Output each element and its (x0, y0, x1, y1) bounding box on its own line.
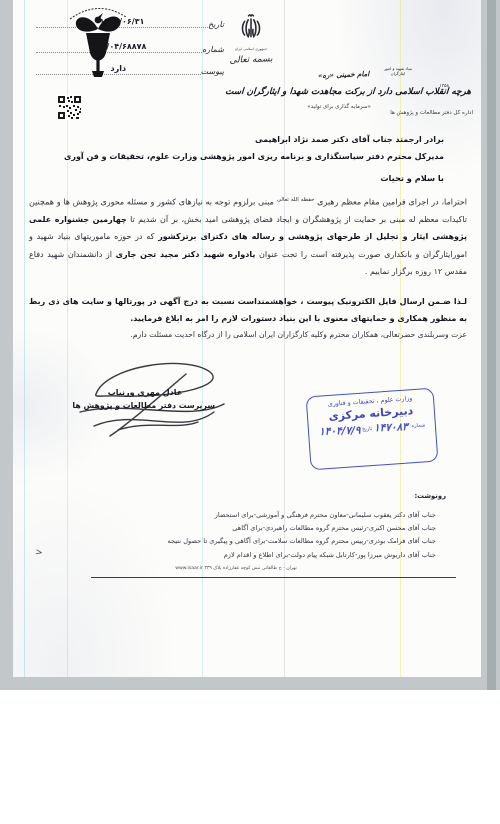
footer-divider (91, 577, 456, 578)
signer-name: عادل مهری ورنیاب (75, 388, 215, 397)
cc-list: جناب آقای دکتر یعقوب سلیمانی-معاون محترم… (168, 509, 436, 562)
salutation: با سلام و تحیات (380, 173, 444, 183)
imam-quote: هرچه انقلاب اسلامی دارد از برکت مجاهدت ش… (241, 87, 472, 97)
scan-artifact-line (24, 0, 25, 677)
cc-item: جناب آقای داریوش میرزا پور-کارتابل شبکه … (168, 549, 436, 562)
letter-page: تاریخ ۱۴۰۴/۰۶/۳۱ شماره ۴۳۰/۰۴/۶۸۸۷۸ پیوس… (13, 0, 481, 677)
iran-emblem-icon (239, 12, 263, 42)
stamp-number-value: ۱۴۷۰۸۳ (374, 421, 408, 434)
emblem-caption: جمهوری اسلامی ایران (221, 47, 281, 51)
bonyad-name-text: بنیاد شهید و امور ایثارگران (377, 66, 419, 76)
year-slogan: «سرمایه گذاری برای تولید» (307, 104, 371, 110)
body-paragraph-2: لـذا ضـمن ارسال فایل الکترونیک پیوست ، خ… (29, 293, 467, 327)
footer-address: تهران - خ طالقانی نبش کوچه غفارزاده پلاک… (111, 566, 361, 571)
margin-annotation-mark: < (35, 547, 44, 558)
quote-attribution: امام خمینی «ره» (318, 69, 370, 80)
cc-item: جناب آقای محسن اکبری-رئیس محترم گروه مطا… (168, 522, 436, 535)
closing-line: عزت وسربلندی حضرتعالی، همکاران محترم وکل… (29, 330, 467, 339)
cc-item: جناب آقای دکتر یعقوب سلیمانی-معاون محترم… (168, 509, 436, 522)
website-link: www.isaar.ir (175, 566, 203, 571)
stamp-number-label: شماره: (410, 422, 426, 429)
recipient-block: برادر ارجمند جناب آقای دکتر صمد نژاد ابر… (64, 131, 444, 165)
bonyad-shahid-logo-icon (62, 3, 134, 81)
issuing-office: اداره کل دفتر مطالعات و پژوهش ها (390, 110, 473, 116)
bonyad-logo-block (48, 3, 148, 81)
recipient-title: مدیرکل محترم دفتر سیاستگذاری و برنامه ری… (64, 148, 444, 165)
national-emblem-block: جمهوری اسلامی ایران بسمه تعالی (221, 12, 281, 65)
qr-code-icon (57, 95, 82, 120)
stamp-date-label: تاریخ (362, 426, 372, 433)
signature-block: عادل مهری ورنیاب سرپرست دفتر مطالعات و پ… (75, 388, 215, 410)
stamp-date-value: ۱۴۰۴/۷/۹ (319, 425, 361, 438)
scanned-letter: تاریخ ۱۴۰۴/۰۶/۳۱ شماره ۴۳۰/۰۴/۶۸۸۷۸ پیوس… (0, 0, 500, 690)
recipient-name: برادر ارجمند جناب آقای دکتر صمد نژاد ابر… (64, 131, 444, 148)
secretariat-stamp: وزارت علوم ، تحقیقات و فناوری دبیرخانه م… (306, 388, 439, 471)
attachment-label: پیوست (201, 67, 226, 76)
body-paragraph-1: احتراما، در اجرای فرامین مقام معظم رهبری… (29, 192, 467, 280)
besmellah-text: بسمه تعالی (221, 54, 281, 66)
cc-item: جناب آقای فرامک بوذری-رییس محترم گروه مط… (168, 535, 436, 548)
scanner-edge (487, 0, 496, 690)
address-text: تهران - خ طالقانی نبش کوچه غفارزاده پلاک… (204, 566, 296, 571)
signer-title: سرپرست دفتر مطالعات و پژوهش ها (75, 401, 215, 410)
cc-label: رونوشت: (414, 492, 446, 500)
